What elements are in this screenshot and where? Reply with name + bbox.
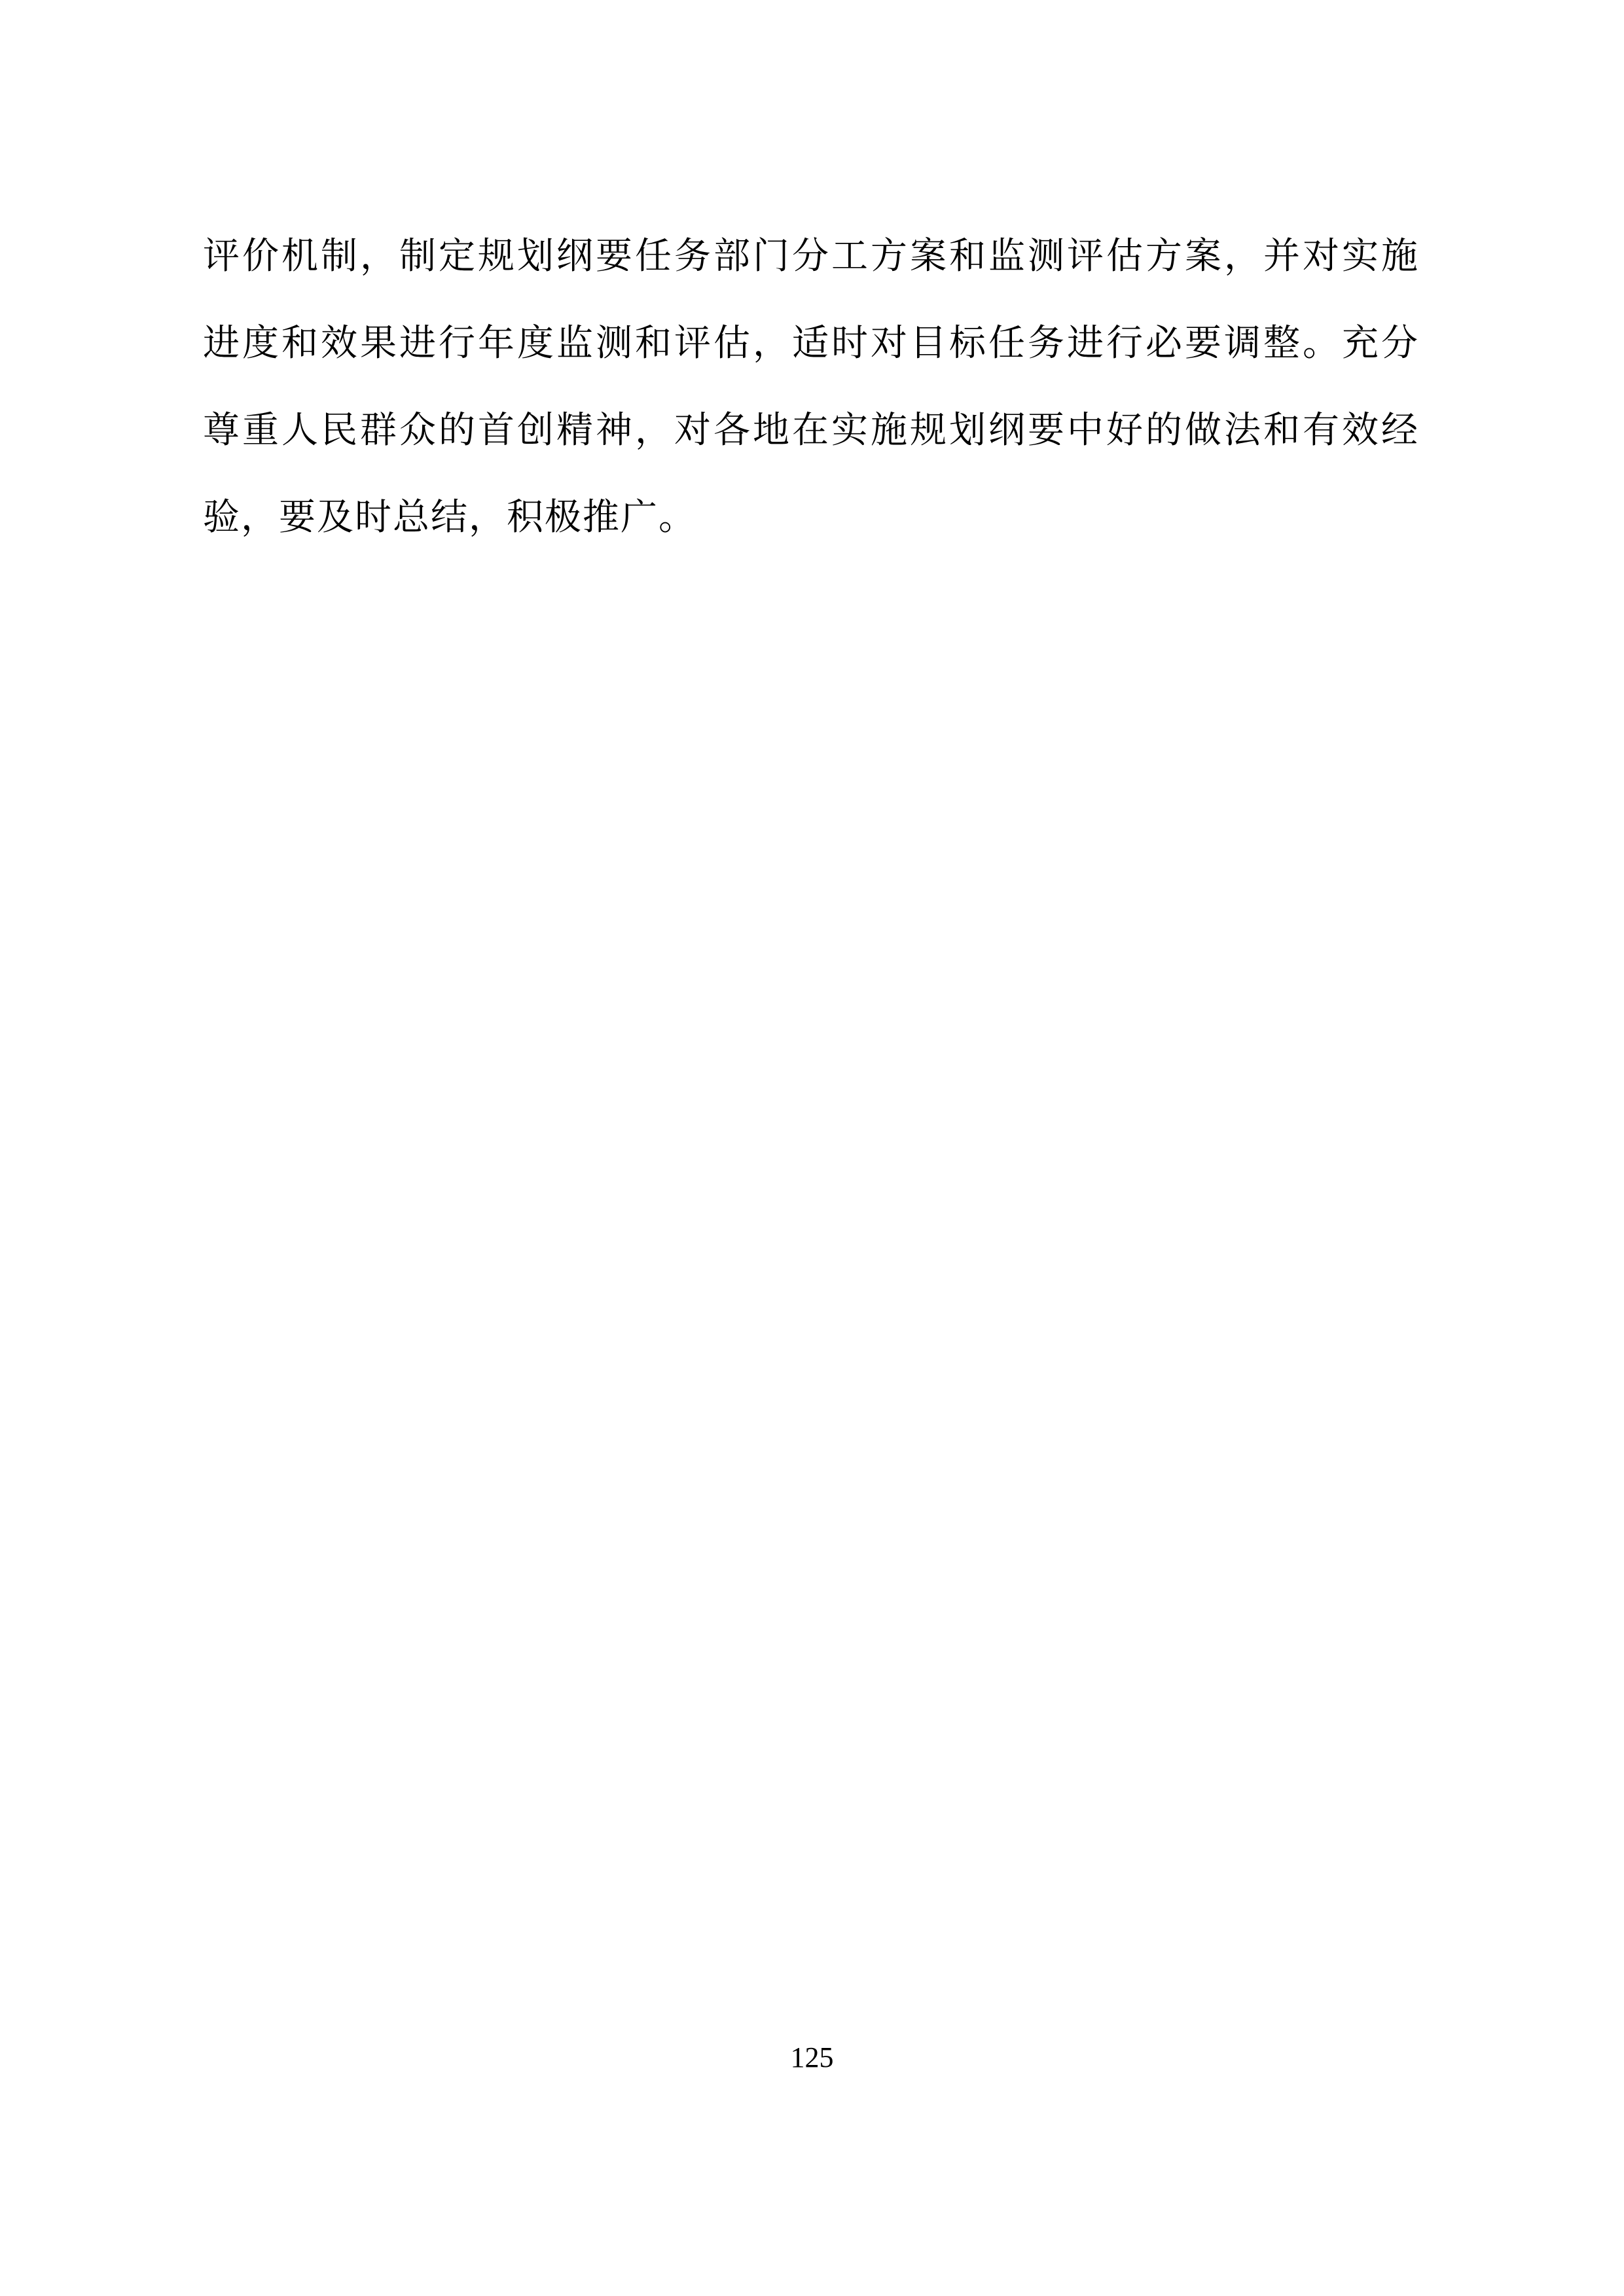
paragraph-line: 验，要及时总结，积极推广。 xyxy=(203,475,1419,562)
page-number: 125 xyxy=(0,2041,1624,2075)
paragraph-line: 进度和效果进行年度监测和评估，适时对目标任务进行必要调整。充分 xyxy=(203,300,1419,387)
paragraph-line: 尊重人民群众的首创精神，对各地在实施规划纲要中好的做法和有效经 xyxy=(203,387,1419,475)
body-paragraph: 评价机制，制定规划纲要任务部门分工方案和监测评估方案，并对实施 进度和效果进行年… xyxy=(203,213,1419,562)
document-page: 评价机制，制定规划纲要任务部门分工方案和监测评估方案，并对实施 进度和效果进行年… xyxy=(0,0,1624,2296)
paragraph-line: 评价机制，制定规划纲要任务部门分工方案和监测评估方案，并对实施 xyxy=(203,213,1419,300)
